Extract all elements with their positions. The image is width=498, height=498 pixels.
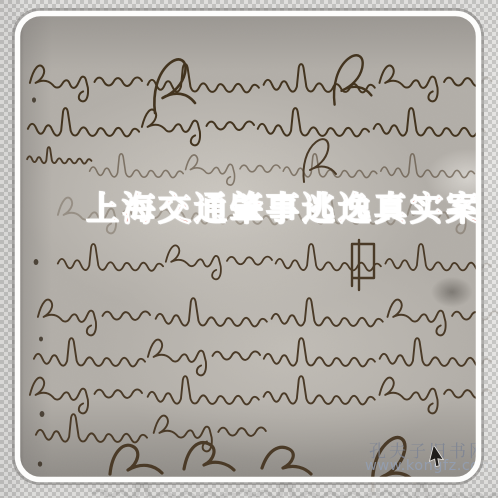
manuscript-photo: 上海交通肇事逃逸真实案 孔夫子旧书网 www.kongfz.com bbox=[0, 0, 498, 498]
mouse-cursor-icon bbox=[429, 446, 449, 470]
manuscript-handwriting-art bbox=[0, 0, 498, 498]
caption-overlay-text: 上海交通肇事逃逸真实案 bbox=[86, 191, 482, 227]
image-canvas: 上海交通肇事逃逸真实案 孔夫子旧书网 www.kongfz.com bbox=[0, 0, 498, 498]
